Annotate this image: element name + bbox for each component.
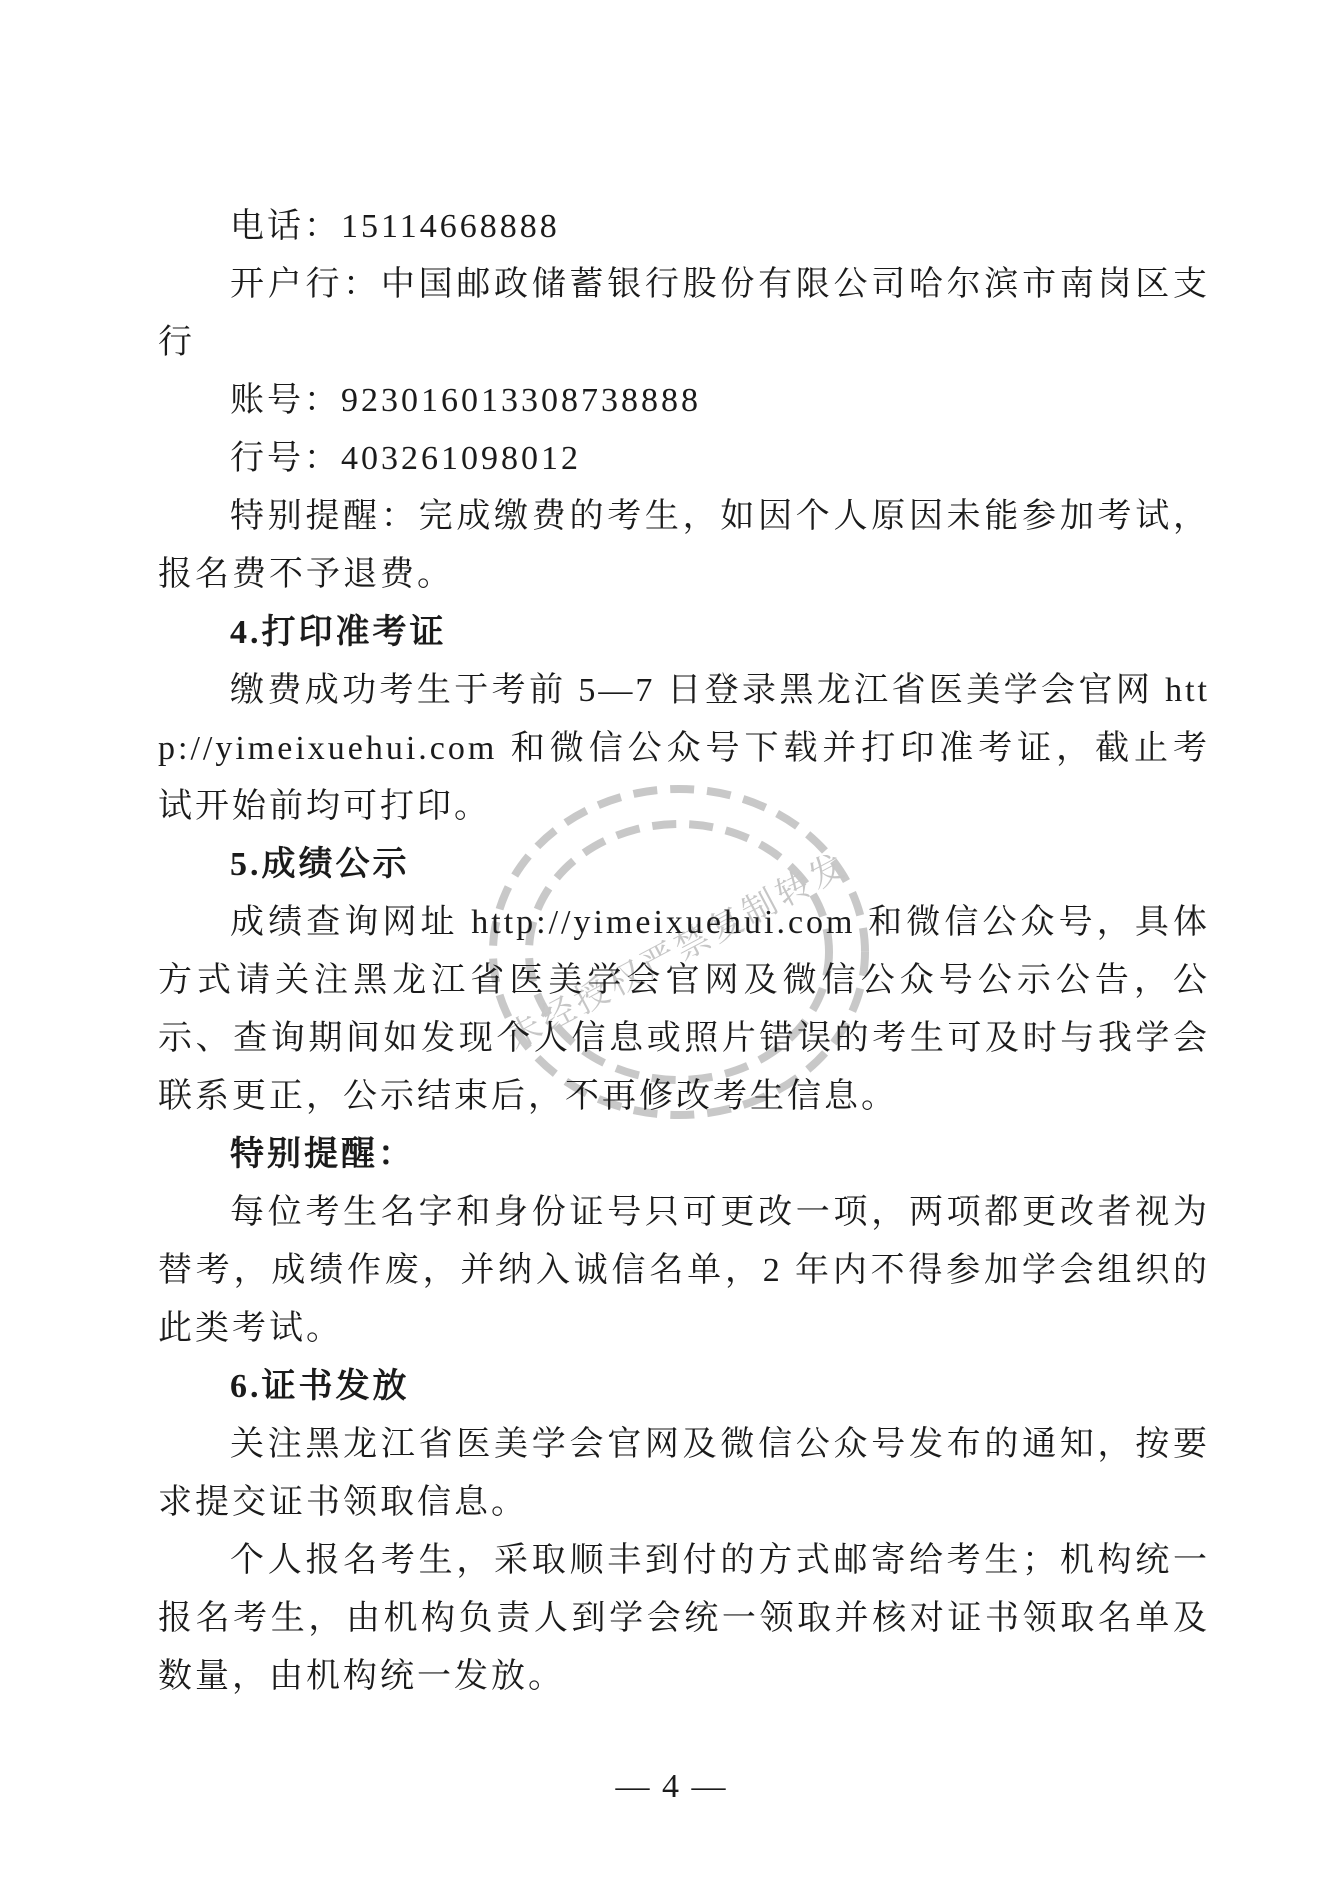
paragraph-phone-number: 电话：15114668888 xyxy=(158,198,1210,256)
heading-special-reminder: 特别提醒： xyxy=(158,1126,1210,1184)
paragraph-name-id-change-rule: 每位考生名字和身份证号只可更改一项，两项都更改者视为替考，成绩作废，并纳入诚信名… xyxy=(158,1184,1210,1358)
document-content: 电话：15114668888 开户行：中国邮政储蓄银行股份有限公司哈尔滨市南岗区… xyxy=(158,198,1210,1706)
paragraph-account-number: 账号：923016013308738888 xyxy=(158,372,1210,430)
paragraph-bank-code: 行号：403261098012 xyxy=(158,430,1210,488)
paragraph-admission-ticket-instructions: 缴费成功考生于考前 5—7 日登录黑龙江省医美学会官网 http://yimei… xyxy=(158,662,1210,836)
heading-print-admission-ticket: 4.打印准考证 xyxy=(158,604,1210,662)
paragraph-score-query-instructions: 成绩查询网址 http://yimeixuehui.com 和微信公众号，具体方… xyxy=(158,894,1210,1126)
paragraph-certificate-delivery: 个人报名考生，采取顺丰到付的方式邮寄给考生；机构统一报名考生，由机构负责人到学会… xyxy=(158,1532,1210,1706)
heading-certificate-issuance: 6.证书发放 xyxy=(158,1358,1210,1416)
paragraph-refund-reminder: 特别提醒：完成缴费的考生，如因个人原因未能参加考试，报名费不予退费。 xyxy=(158,488,1210,604)
page-number: — 4 — xyxy=(0,1768,1343,1806)
document-page: 未经授权严禁复制转发 电话：15114668888 开户行：中国邮政储蓄银行股份… xyxy=(0,0,1343,1900)
paragraph-certificate-notice: 关注黑龙江省医美学会官网及微信公众号发布的通知，按要求提交证书领取信息。 xyxy=(158,1416,1210,1532)
paragraph-bank-branch: 开户行：中国邮政储蓄银行股份有限公司哈尔滨市南岗区支行 xyxy=(158,256,1210,372)
heading-score-publication: 5.成绩公示 xyxy=(158,836,1210,894)
